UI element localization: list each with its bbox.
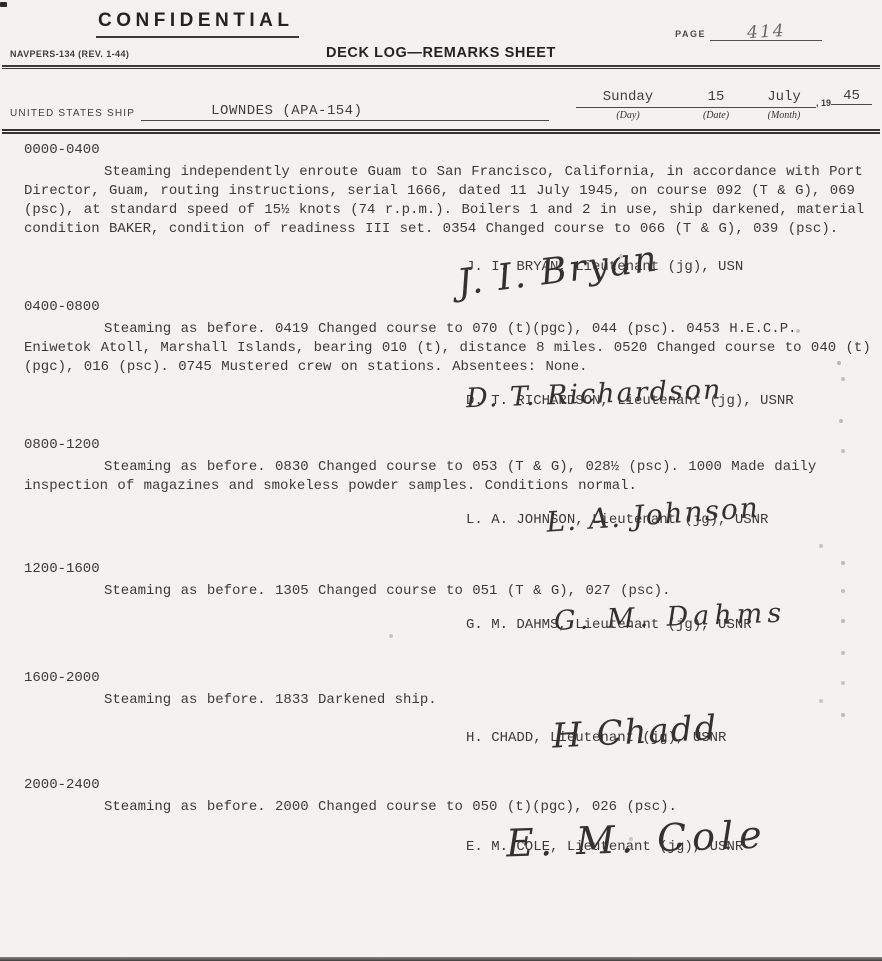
ship-name-line: LOWNDES (APA-154): [141, 101, 549, 121]
page-label: PAGE: [675, 29, 706, 41]
ship-name: LOWNDES (APA-154): [211, 103, 362, 119]
entry-remarks: Steaming as before. 1833 Darkened ship.: [24, 691, 872, 710]
date-fields: Sunday 15 July , 19 45 (Day) (Date) (Mon…: [576, 89, 872, 121]
entry-period: 0000-0400: [24, 142, 882, 161]
entry-remarks: Steaming independently enroute Guam to S…: [24, 163, 872, 239]
date-month-value: July: [752, 89, 816, 108]
signature-block: J. I. Bryan J. I. BRYAN, Lieutenant (jg)…: [24, 241, 882, 278]
date-year-value: 45: [831, 88, 872, 105]
page-number-handwritten: 414: [746, 21, 785, 43]
entry-period: 0400-0800: [24, 299, 882, 318]
ship-label: UNITED STATES SHIP: [10, 108, 135, 121]
log-entry-0000-0400: 0000-0400 Steaming independently enroute…: [24, 142, 882, 278]
date-captions-row: (Day) (Date) (Month): [576, 110, 872, 121]
scan-corner-speck: [0, 2, 7, 7]
log-entry-2000-2400: 2000-2400 Steaming as before. 2000 Chang…: [24, 777, 882, 858]
signature-block: L. A. Johnson L. A. JOHNSON, Lieutenant …: [24, 498, 882, 532]
log-entry-1200-1600: 1200-1600 Steaming as before. 1305 Chang…: [24, 561, 882, 636]
month-caption: (Month): [752, 110, 816, 121]
entry-remarks: Steaming as before. 0419 Changed course …: [24, 320, 872, 377]
form-number: NAVPERS-134 (REV. 1-44): [10, 49, 129, 59]
year-prefix-printed: , 19: [816, 98, 831, 108]
log-entries: 0000-0400 Steaming independently enroute…: [0, 142, 882, 858]
heavy-rule: [2, 129, 880, 134]
signature-block: H Chadd H. CHADD, Lieutenant (jg), USNR: [24, 712, 882, 749]
page-field: PAGE 414: [675, 20, 822, 41]
entry-remarks: Steaming as before. 0830 Changed course …: [24, 458, 872, 496]
date-caption: (Date): [680, 110, 752, 121]
date-year-field: , 19 45: [816, 91, 872, 108]
scan-bottom-edge: [0, 957, 882, 961]
signature-block: G. M. Dahms G. M. DAHMS, Lieutenant (jg)…: [24, 603, 882, 636]
day-caption: (Day): [576, 110, 680, 121]
signature-block: E. M. Cole E. M. COLE, Lieutenant (jg), …: [24, 819, 882, 858]
classification-stamp: CONFIDENTIAL: [96, 10, 299, 38]
deck-log-sheet: CONFIDENTIAL PAGE 414 NAVPERS-134 (REV. …: [0, 0, 882, 961]
date-values-row: Sunday 15 July , 19 45: [576, 89, 872, 108]
log-entry-0400-0800: 0400-0800 Steaming as before. 0419 Chang…: [24, 299, 882, 412]
log-entry-1600-2000: 1600-2000 Steaming as before. 1833 Darke…: [24, 670, 882, 749]
signature-block: D. T. Richardson D. T. RICHARDSON, Lieut…: [24, 379, 882, 412]
ship-date-row: UNITED STATES SHIP LOWNDES (APA-154) Sun…: [0, 69, 882, 121]
date-day-value: Sunday: [576, 89, 680, 108]
page-number-line: 414: [710, 20, 822, 41]
header-top-row: CONFIDENTIAL PAGE 414: [0, 0, 882, 41]
entry-period: 1600-2000: [24, 670, 882, 689]
entry-period: 1200-1600: [24, 561, 882, 580]
document-title: DECK LOG—REMARKS SHEET: [326, 45, 556, 61]
log-entry-0800-1200: 0800-1200 Steaming as before. 0830 Chang…: [24, 437, 882, 532]
entry-period: 2000-2400: [24, 777, 882, 796]
entry-period: 0800-1200: [24, 437, 882, 456]
form-title-row: NAVPERS-134 (REV. 1-44) DECK LOG—REMARKS…: [0, 45, 882, 62]
date-date-value: 15: [680, 89, 752, 108]
